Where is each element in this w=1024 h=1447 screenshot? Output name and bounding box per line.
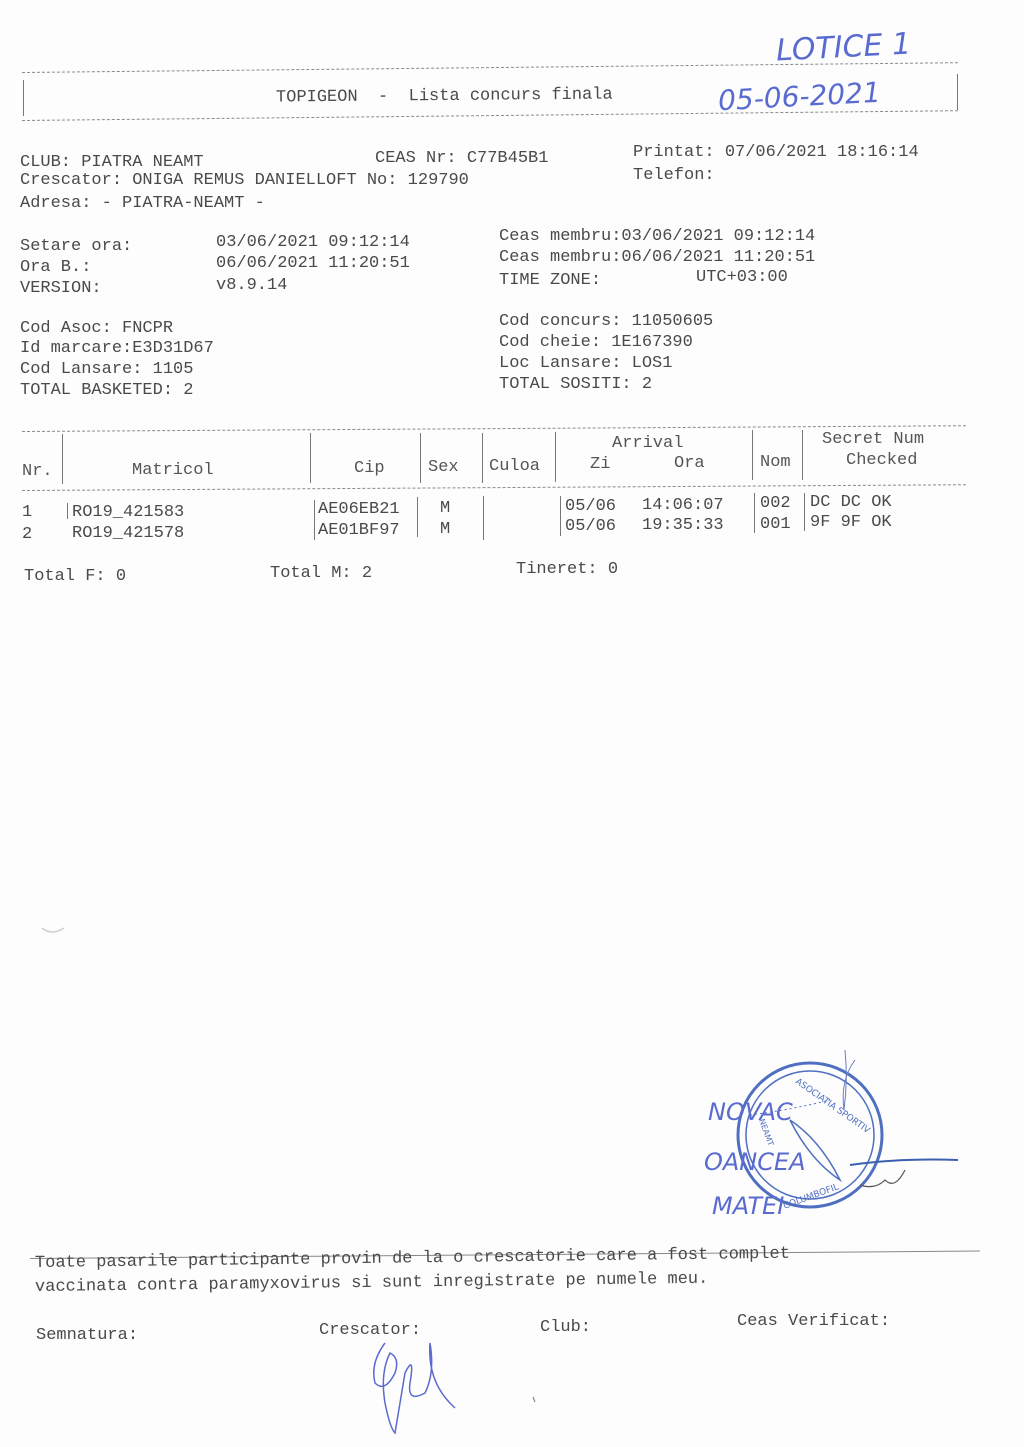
total-male: Total M: 2 [270, 564, 372, 583]
row-matricol: RO19_421578 [72, 524, 184, 543]
address: Adresa: - PIATRA-NEAMT - [20, 194, 265, 213]
col-sep [417, 497, 418, 537]
signature-label: Semnatura: [36, 1326, 138, 1345]
total-basketed: TOTAL BASKETED: 2 [20, 381, 193, 400]
row-nr: 1 [22, 503, 32, 522]
release-code: Cod Lansare: 1105 [20, 360, 193, 379]
club-name: CLUB: PIATRA NEAMT [20, 153, 204, 172]
header-sex: Sex [428, 458, 459, 477]
total-female: Total F: 0 [24, 567, 126, 586]
time-zone-label: TIME ZONE: [499, 271, 601, 290]
clock-number: CEAS Nr: C77B45B1 [375, 149, 548, 168]
row-cip: AE01BF97 [318, 521, 400, 540]
header-nr: Nr. [22, 462, 53, 481]
stamp-handwriting-1: NOVAC [708, 1098, 793, 1126]
set-time-value: 03/06/2021 09:12:14 [216, 233, 410, 252]
header-zi: Zi [590, 455, 610, 474]
marking-id: Id marcare:E3D31D67 [20, 339, 214, 358]
total-arrived: TOTAL SOSITI: 2 [499, 375, 652, 394]
header-secret-num: Secret Num [822, 430, 924, 449]
set-time-label: Setare ora: [20, 237, 132, 256]
scan-mark [38, 922, 78, 942]
col-sep [555, 432, 556, 482]
breeder-name: Crescator: ONIGA REMUS DANIELLOFT No: 12… [20, 171, 469, 190]
row-nr: 2 [22, 525, 32, 544]
member-clock-2: Ceas membru:06/06/2021 11:20:51 [499, 248, 815, 267]
col-sep [560, 496, 561, 536]
breeder-signature-icon [355, 1333, 465, 1443]
key-code: Cod cheie: 1E167390 [499, 333, 693, 352]
total-young: Tineret: 0 [516, 560, 618, 579]
col-sep [754, 493, 755, 533]
header-left-border [23, 80, 24, 116]
row-zi: 05/06 [565, 497, 616, 516]
col-sep [802, 430, 803, 480]
col-sep [67, 503, 68, 519]
basket-time-value: 06/06/2021 11:20:51 [216, 254, 410, 273]
row-secret: 9F 9F OK [810, 513, 892, 532]
row-secret: DC DC OK [810, 493, 892, 512]
row-ora: 14:06:07 [642, 496, 724, 515]
col-sep [483, 496, 484, 540]
stamp-handwriting-3: MATEI [712, 1192, 784, 1220]
declaration-line-2: vaccinata contra paramyxovirus si sunt i… [35, 1270, 708, 1297]
row-sex: M [440, 520, 450, 539]
row-sex: M [440, 499, 450, 518]
header-bottom-border [22, 110, 958, 121]
header-arrival: Arrival [612, 434, 683, 453]
header-cip: Cip [354, 459, 385, 478]
member-clock-1: Ceas membru:03/06/2021 09:12:14 [499, 227, 815, 246]
row-zi: 05/06 [565, 517, 616, 536]
page-title: TOPIGEON - Lista concurs finala [276, 86, 613, 108]
race-code: Cod concurs: 11050605 [499, 312, 713, 331]
header-top-border [22, 62, 958, 73]
col-sep [804, 493, 805, 531]
table-header-bottom-border [22, 484, 966, 491]
col-sep [752, 430, 753, 480]
col-sep [62, 434, 63, 484]
version-label: VERSION: [20, 279, 102, 298]
header-ora: Ora [674, 454, 705, 473]
version-value: v8.9.14 [216, 276, 287, 295]
telephone: Telefon: [633, 166, 715, 185]
header-right-border [957, 74, 958, 110]
row-nom: 001 [760, 515, 791, 534]
club-signature-label: Club: [540, 1318, 591, 1337]
col-sep [314, 500, 315, 540]
row-nom: 002 [760, 494, 791, 513]
printed-date: Printat: 07/06/2021 18:16:14 [633, 143, 919, 162]
pen-mark [530, 1395, 540, 1405]
header-nom: Nom [760, 453, 791, 472]
col-sep [420, 433, 421, 483]
clock-verified-label: Ceas Verificat: [737, 1312, 890, 1331]
association-stamp: ASOCIATIA SPORTIV NEAMT COLUMBOFIL NOVAC… [700, 1040, 960, 1240]
col-sep [310, 433, 311, 483]
row-matricol: RO19_421583 [72, 503, 184, 522]
release-location: Loc Lansare: LOS1 [499, 354, 672, 373]
basket-time-label: Ora B.: [20, 258, 91, 277]
time-zone-value: UTC+03:00 [696, 268, 788, 287]
row-cip: AE06EB21 [318, 500, 400, 519]
header-checked: Checked [846, 451, 917, 470]
declaration-line-1: Toate pasarile participante provin de la… [35, 1245, 790, 1273]
header-culoa: Culoa [489, 457, 540, 476]
row-ora: 19:35:33 [642, 516, 724, 535]
association-code: Cod Asoc: FNCPR [20, 319, 173, 338]
header-matricol: Matricol [132, 461, 214, 480]
stamp-handwriting-2: OANCEA [704, 1148, 806, 1176]
col-sep [482, 433, 483, 483]
